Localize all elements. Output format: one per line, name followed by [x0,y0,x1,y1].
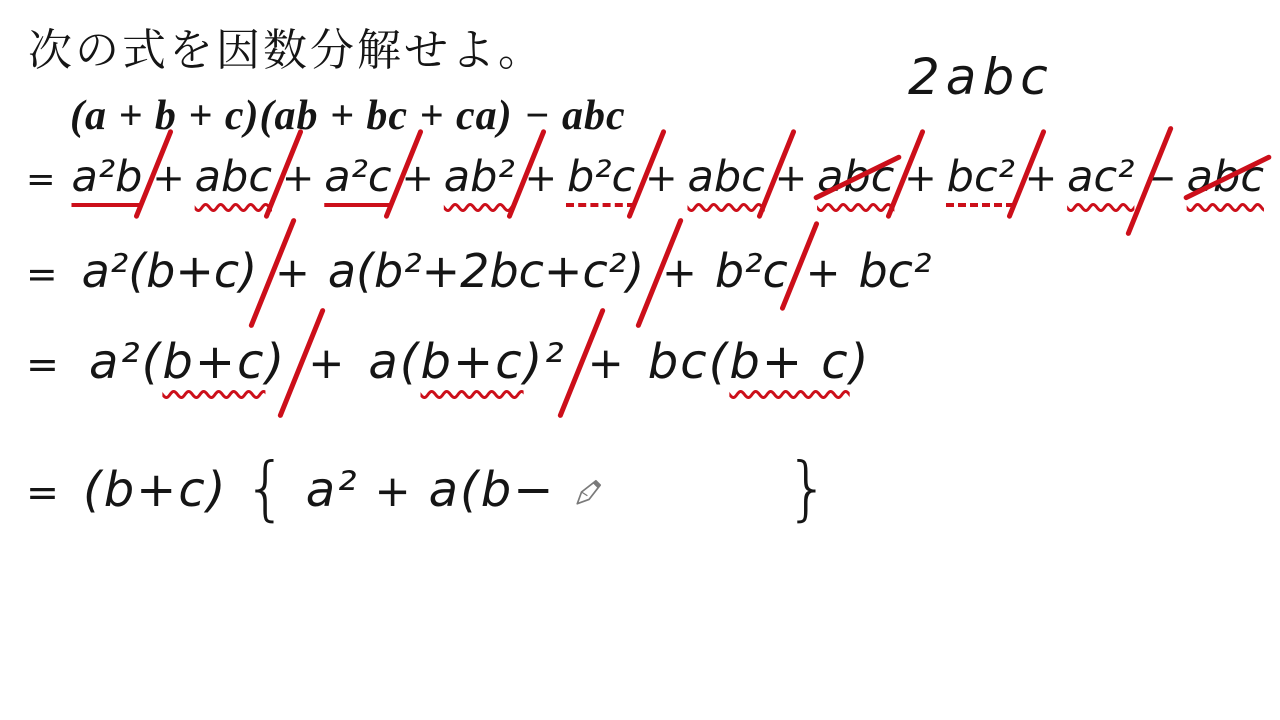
term-prefix: a²( [89,334,162,390]
common-factor: b+c [421,334,524,390]
term-group: b²c [715,244,788,298]
term-group: abc [195,152,272,202]
term-group: a²b [71,152,142,202]
plus-operator: + [374,467,412,517]
term-group: ac² [1067,152,1134,202]
term-group: a(b²+2bc+c²) [328,244,644,298]
term-group: abc [817,152,894,202]
work-line-factored-partial: = (b+c) { a² + a(b− } [26,442,832,523]
work-line-grouped: = a²(b+c) + a(b²+2bc+c²) + b²c + bc² [26,244,931,298]
term-group: bc(b+ c) [648,334,871,390]
plus-operator: + [806,249,841,297]
close-brace: } [785,448,831,529]
term: b²c [715,244,788,298]
term: b²c [567,152,635,202]
term: bc² [947,152,1015,202]
term-suffix: ) [265,334,286,390]
plus-operator: + [588,339,626,389]
equals-sign: = [26,470,61,516]
page-title: 次の式を因数分解せよ。 [28,14,545,78]
term-prefix: a( [368,334,420,390]
common-factor: b+ c [729,334,849,390]
term: a² [306,462,359,518]
term: a²(b+c) [82,244,258,298]
term: ac² [1067,152,1134,202]
term: bc² [858,244,931,298]
term-partial: a(b− [429,462,556,518]
term-group: bc² [947,152,1015,202]
open-brace: { [244,448,290,529]
term-group: a(b+c)² [368,334,565,390]
equals-sign: = [26,252,58,296]
term: ab² [444,152,515,202]
term-group: bc² [858,244,931,298]
equals-sign: = [26,342,61,388]
equals-sign: = [26,159,56,200]
term-prefix: bc( [648,334,730,390]
whiteboard: 次の式を因数分解せよ。 (a + b + c)(ab + bc + ca) − … [0,0,1280,720]
term-group: a²c [324,152,391,202]
term: abc [687,152,764,202]
term-suffix: ) [850,334,871,390]
work-line-common-factor: = a²(b+c) + a(b+c)² + bc(b+ c) [26,334,870,390]
side-note-2abc: 2abc [908,48,1054,106]
term-group: abc [687,152,764,202]
factor: (b+c) [83,462,228,518]
term-suffix: )² [524,334,566,390]
term-group: a²(b+c) [82,244,258,298]
plus-operator: + [308,339,346,389]
pen-cursor-icon [573,476,605,508]
term: abc [195,152,272,202]
term: a²c [324,152,391,202]
term-group: b²c [567,152,635,202]
term-group: a²(b+c) [89,334,286,390]
common-factor: b+c [162,334,265,390]
work-line-expansion: = a²b + abc + a²c + ab² + b²c + abc + ab… [26,152,1274,202]
term-group: ab² [444,152,515,202]
term: a(b²+2bc+c²) [328,244,644,298]
term: a²b [71,152,142,202]
term-group: abc [1187,152,1264,202]
